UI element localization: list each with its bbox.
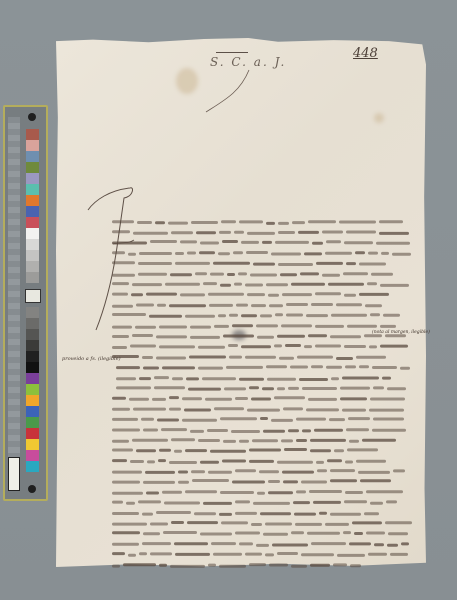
handwritten-word [112,501,123,504]
handwritten-word [128,253,136,256]
handwritten-word [223,440,236,443]
handwritten-word [145,471,175,474]
handwritten-word [182,398,202,401]
handwritten-word [296,490,306,493]
handwritten-word [356,459,386,462]
handwritten-word [172,377,183,380]
handwritten-word [232,481,265,484]
handwritten-word [228,344,238,347]
color-swatch [26,307,39,318]
handwritten-word [368,553,387,556]
handwritten-word [355,251,365,254]
handwritten-word [189,355,226,358]
handwritten-word [112,261,135,264]
handwritten-word [299,378,328,381]
manuscript-line [112,259,420,269]
handwritten-word [112,397,126,400]
handwritten-word [198,439,220,442]
handwritten-word [326,366,342,369]
handwritten-word [116,386,151,389]
handwritten-word [294,512,316,515]
handwritten-word [190,429,204,432]
handwritten-word [169,304,206,307]
header-overline [216,52,248,53]
handwritten-word [346,428,369,431]
handwritten-word [231,430,260,433]
handwritten-word [136,303,154,306]
handwritten-word [268,491,293,494]
handwritten-word [386,501,397,504]
handwritten-word [279,357,294,360]
color-swatch [26,329,39,340]
handwritten-word [401,542,409,545]
color-swatch [26,140,39,151]
handwritten-word [316,262,343,265]
handwritten-word [202,377,236,380]
handwritten-word [214,324,229,327]
handwritten-word [159,325,187,328]
handwritten-word [150,240,177,243]
handwritten-word [304,345,312,348]
handwritten-word [207,429,228,432]
water-stain [176,68,198,94]
handwritten-word [286,303,308,306]
manuscript-line [112,290,420,300]
handwritten-word [370,314,380,317]
handwritten-word [247,232,275,235]
handwritten-word [252,439,278,442]
folio-number: 448 [353,46,378,61]
color-swatch [26,261,39,272]
handwritten-word [308,334,327,337]
handwritten-word [246,251,268,254]
handwritten-word [210,272,224,275]
handwritten-word [275,241,309,244]
handwritten-word [346,231,376,234]
handwritten-word [170,564,205,567]
manuscript-body-text [112,217,420,570]
handwritten-word [112,523,147,526]
handwritten-word [112,325,132,328]
handwritten-word [138,262,172,265]
water-stain [374,113,384,123]
handwritten-word [300,272,319,275]
handwritten-word [200,533,232,536]
handwritten-word [112,481,140,484]
handwritten-word [233,251,243,254]
handwritten-word [208,563,216,566]
color-swatch [26,173,39,184]
handwritten-word [132,283,162,286]
handwritten-word [345,460,353,463]
handwritten-word [330,512,361,515]
handwritten-word [362,439,396,442]
handwritten-word [256,544,269,547]
handwritten-word [251,398,271,401]
color-swatch [26,351,39,362]
handwritten-word [347,324,377,327]
handwritten-word [156,511,191,514]
right-margin-note: (nota al margen, ilegible) [372,330,430,335]
handwritten-word [344,294,356,297]
handwritten-word [344,242,373,245]
handwritten-word [308,398,337,401]
color-swatch [26,406,39,417]
color-swatch [26,439,39,450]
handwritten-word [365,304,382,307]
handwritten-word [340,398,367,401]
manuscript-line [112,238,420,248]
color-swatch [26,206,39,217]
handwritten-word [343,532,351,535]
handwritten-word [130,345,156,348]
handwritten-word [283,481,298,484]
handwritten-word [162,367,195,370]
handwritten-word [241,241,259,244]
handwritten-word [359,293,389,296]
manuscript-line [112,560,420,570]
handwritten-word [171,521,184,524]
handwritten-word [366,490,403,493]
color-swatch [26,250,39,261]
handwritten-word [210,450,246,453]
manuscript-line [112,539,420,549]
manuscript-line [112,466,420,476]
handwritten-word [219,513,232,516]
handwritten-word [112,242,147,245]
handwritten-word [185,315,215,318]
handwritten-word [156,335,187,338]
handwritten-word [128,554,136,557]
handwritten-word [157,304,166,307]
handwritten-word [371,272,393,275]
handwritten-word [196,231,216,234]
handwritten-word [159,346,195,349]
manuscript-line [112,435,420,445]
manuscript-line [112,352,420,362]
manuscript-line [112,508,420,518]
handwritten-word [214,407,244,410]
handwritten-word [344,345,366,348]
handwritten-word [325,252,352,255]
handwritten-word [304,252,322,255]
handwritten-word [342,408,366,411]
handwritten-word [154,376,169,379]
handwritten-word [322,273,340,276]
handwritten-word [298,231,319,234]
handwritten-word [359,365,369,368]
handwritten-word [168,221,188,224]
manuscript-line [112,217,420,227]
handwritten-word [277,387,285,390]
color-swatch [26,228,39,239]
handwritten-word [235,512,257,515]
handwritten-word [343,272,368,275]
handwritten-word [241,346,271,349]
handwritten-word [331,314,367,317]
handwritten-word [342,376,379,379]
handwritten-word [132,439,168,442]
color-swatch [26,184,39,195]
handwritten-word [296,439,307,442]
handwritten-word [155,221,165,224]
handwritten-word [348,417,370,420]
handwritten-word [373,418,404,421]
handwritten-word [239,377,264,380]
handwritten-word [311,303,333,306]
handwritten-word [379,220,403,223]
handwritten-word [142,356,153,359]
handwritten-word [327,459,342,462]
handwritten-word [112,532,140,535]
handwritten-word [262,241,272,244]
handwritten-word [278,231,295,234]
handwritten-word [157,419,179,422]
manuscript-line [112,425,420,435]
handwritten-word [346,262,356,265]
handwritten-word [208,471,232,474]
handwritten-word [372,428,406,431]
color-swatch [26,272,39,283]
handwritten-word [187,521,218,524]
handwritten-word [200,242,219,245]
handwritten-word [306,314,328,317]
handwritten-word [344,500,367,503]
manuscript-line [112,227,420,237]
handwritten-word [175,553,210,556]
handwritten-word [330,480,357,483]
handwritten-word [163,531,197,534]
handwritten-word [112,471,142,474]
handwritten-word [268,480,280,483]
handwritten-word [325,523,349,526]
target-barcode [8,457,20,491]
handwritten-word [198,346,225,349]
handwritten-word [277,460,313,463]
handwritten-word [387,387,406,390]
handwritten-word [175,262,210,265]
handwritten-word [278,222,289,225]
manuscript-line [112,404,420,414]
handwritten-word [265,554,274,557]
handwritten-word [307,532,340,535]
handwritten-word [260,417,268,420]
handwritten-word [257,336,274,339]
handwritten-word [281,324,312,327]
handwritten-word [194,512,216,515]
handwritten-word [247,294,265,297]
handwritten-word [234,283,242,286]
handwritten-word [112,440,129,443]
handwritten-word [169,461,197,464]
handwritten-word [328,283,364,286]
handwritten-word [297,355,333,358]
handwritten-word [112,512,139,515]
left-margin-note: proveido a fs. (ilegible) [62,356,121,362]
handwritten-word [112,449,133,452]
handwritten-word [222,240,238,243]
handwritten-word [158,459,166,462]
manuscript-line [112,446,420,456]
handwritten-word [269,304,283,307]
handwritten-word [301,553,334,556]
handwritten-word [185,449,207,452]
handwritten-word [182,419,217,422]
handwritten-word [126,502,135,505]
manuscript-line [112,269,420,279]
manuscript-line [112,414,420,424]
handwritten-word [224,387,246,390]
handwritten-word [203,502,232,505]
handwritten-word [310,450,331,453]
handwritten-word [271,419,293,422]
handwritten-word [368,251,378,254]
handwritten-word [112,346,127,349]
handwritten-word [265,523,292,526]
handwritten-word [161,428,187,431]
color-swatch [26,362,39,373]
handwritten-word [159,563,167,566]
target-hole-top [28,113,36,121]
handwritten-word [272,543,308,546]
manuscript-line [116,383,420,393]
handwritten-word [226,366,263,369]
handwritten-word [392,253,411,256]
handwritten-word [322,231,343,234]
handwritten-word [178,471,188,474]
handwritten-word [257,492,265,495]
handwritten-word [280,273,297,276]
handwritten-word [334,449,344,452]
color-swatch [26,151,39,162]
handwritten-word [188,388,221,391]
handwritten-word [116,377,136,380]
handwritten-word [139,552,147,555]
handwritten-word [235,397,248,400]
handwritten-word [380,284,409,287]
handwritten-word [382,376,391,379]
handwritten-word [146,293,177,296]
handwritten-word [317,469,327,472]
handwritten-word [282,471,314,474]
handwritten-word [315,324,344,327]
handwritten-word [156,356,186,359]
handwritten-word [336,303,362,306]
handwritten-word [123,563,156,566]
handwritten-word [180,294,205,297]
manuscript-line [112,311,420,321]
handwritten-word [169,407,181,410]
handwritten-word [347,449,378,452]
handwritten-word [266,222,275,225]
handwritten-word [184,408,211,411]
handwritten-word [271,252,301,255]
handwritten-word [192,479,229,482]
handwritten-word [138,272,167,275]
handwritten-word [374,543,384,546]
handwritten-word [147,460,155,463]
handwritten-word [370,398,405,401]
handwritten-word [241,314,257,317]
handwritten-word [232,324,253,327]
handwritten-word [387,543,398,546]
handwritten-word [380,324,396,327]
handwritten-word [220,417,257,420]
color-swatch [26,395,39,406]
color-swatch [26,318,39,329]
handwritten-word [291,564,307,567]
handwritten-word [174,450,182,453]
handwritten-word [366,532,385,535]
manuscript-line [112,518,420,528]
handwritten-word [139,377,151,380]
handwritten-word [203,282,217,285]
handwritten-word [245,356,276,359]
handwritten-word [112,293,128,296]
handwritten-word [135,325,156,328]
handwritten-word [268,294,279,297]
manuscript-line [116,373,420,383]
handwritten-word [358,471,390,474]
manuscript-line [112,248,420,258]
handwritten-word [290,366,308,369]
handwritten-word [360,480,391,483]
handwritten-word [285,344,301,347]
handwritten-word [112,251,125,254]
handwritten-word [171,438,195,441]
handwritten-word [393,469,405,472]
handwritten-word [239,220,263,223]
handwritten-word [116,366,140,369]
handwritten-word [282,294,312,297]
handwritten-word [229,355,242,358]
handwritten-word [112,335,129,338]
handwritten-word [162,491,182,494]
handwritten-word [165,283,200,286]
handwritten-word [146,491,159,494]
handwritten-word [142,512,153,515]
handwritten-word [133,232,168,235]
handwritten-word [213,553,242,556]
handwritten-word [339,220,376,223]
handwritten-word [239,542,253,545]
handwritten-word [239,440,249,443]
manuscript-line [112,550,420,560]
handwritten-word [284,448,307,451]
handwritten-word [219,564,246,567]
handwritten-word [281,439,293,442]
handwritten-word [293,501,310,504]
handwritten-word [213,262,250,265]
handwritten-word [283,407,303,410]
color-swatch [26,217,39,228]
handwritten-word [349,542,371,545]
handwritten-word [112,492,143,495]
handwritten-word [132,334,153,337]
handwritten-word [277,335,305,338]
handwritten-word [235,532,260,535]
color-swatch [26,417,39,428]
handwritten-word [112,282,129,285]
color-swatch [26,340,39,351]
handwritten-word [359,263,386,266]
handwritten-word [310,563,330,566]
handwritten-word [249,460,274,463]
handwritten-word [369,346,377,349]
handwritten-word [314,428,343,431]
handwritten-word [139,252,172,255]
handwritten-word [354,532,363,535]
